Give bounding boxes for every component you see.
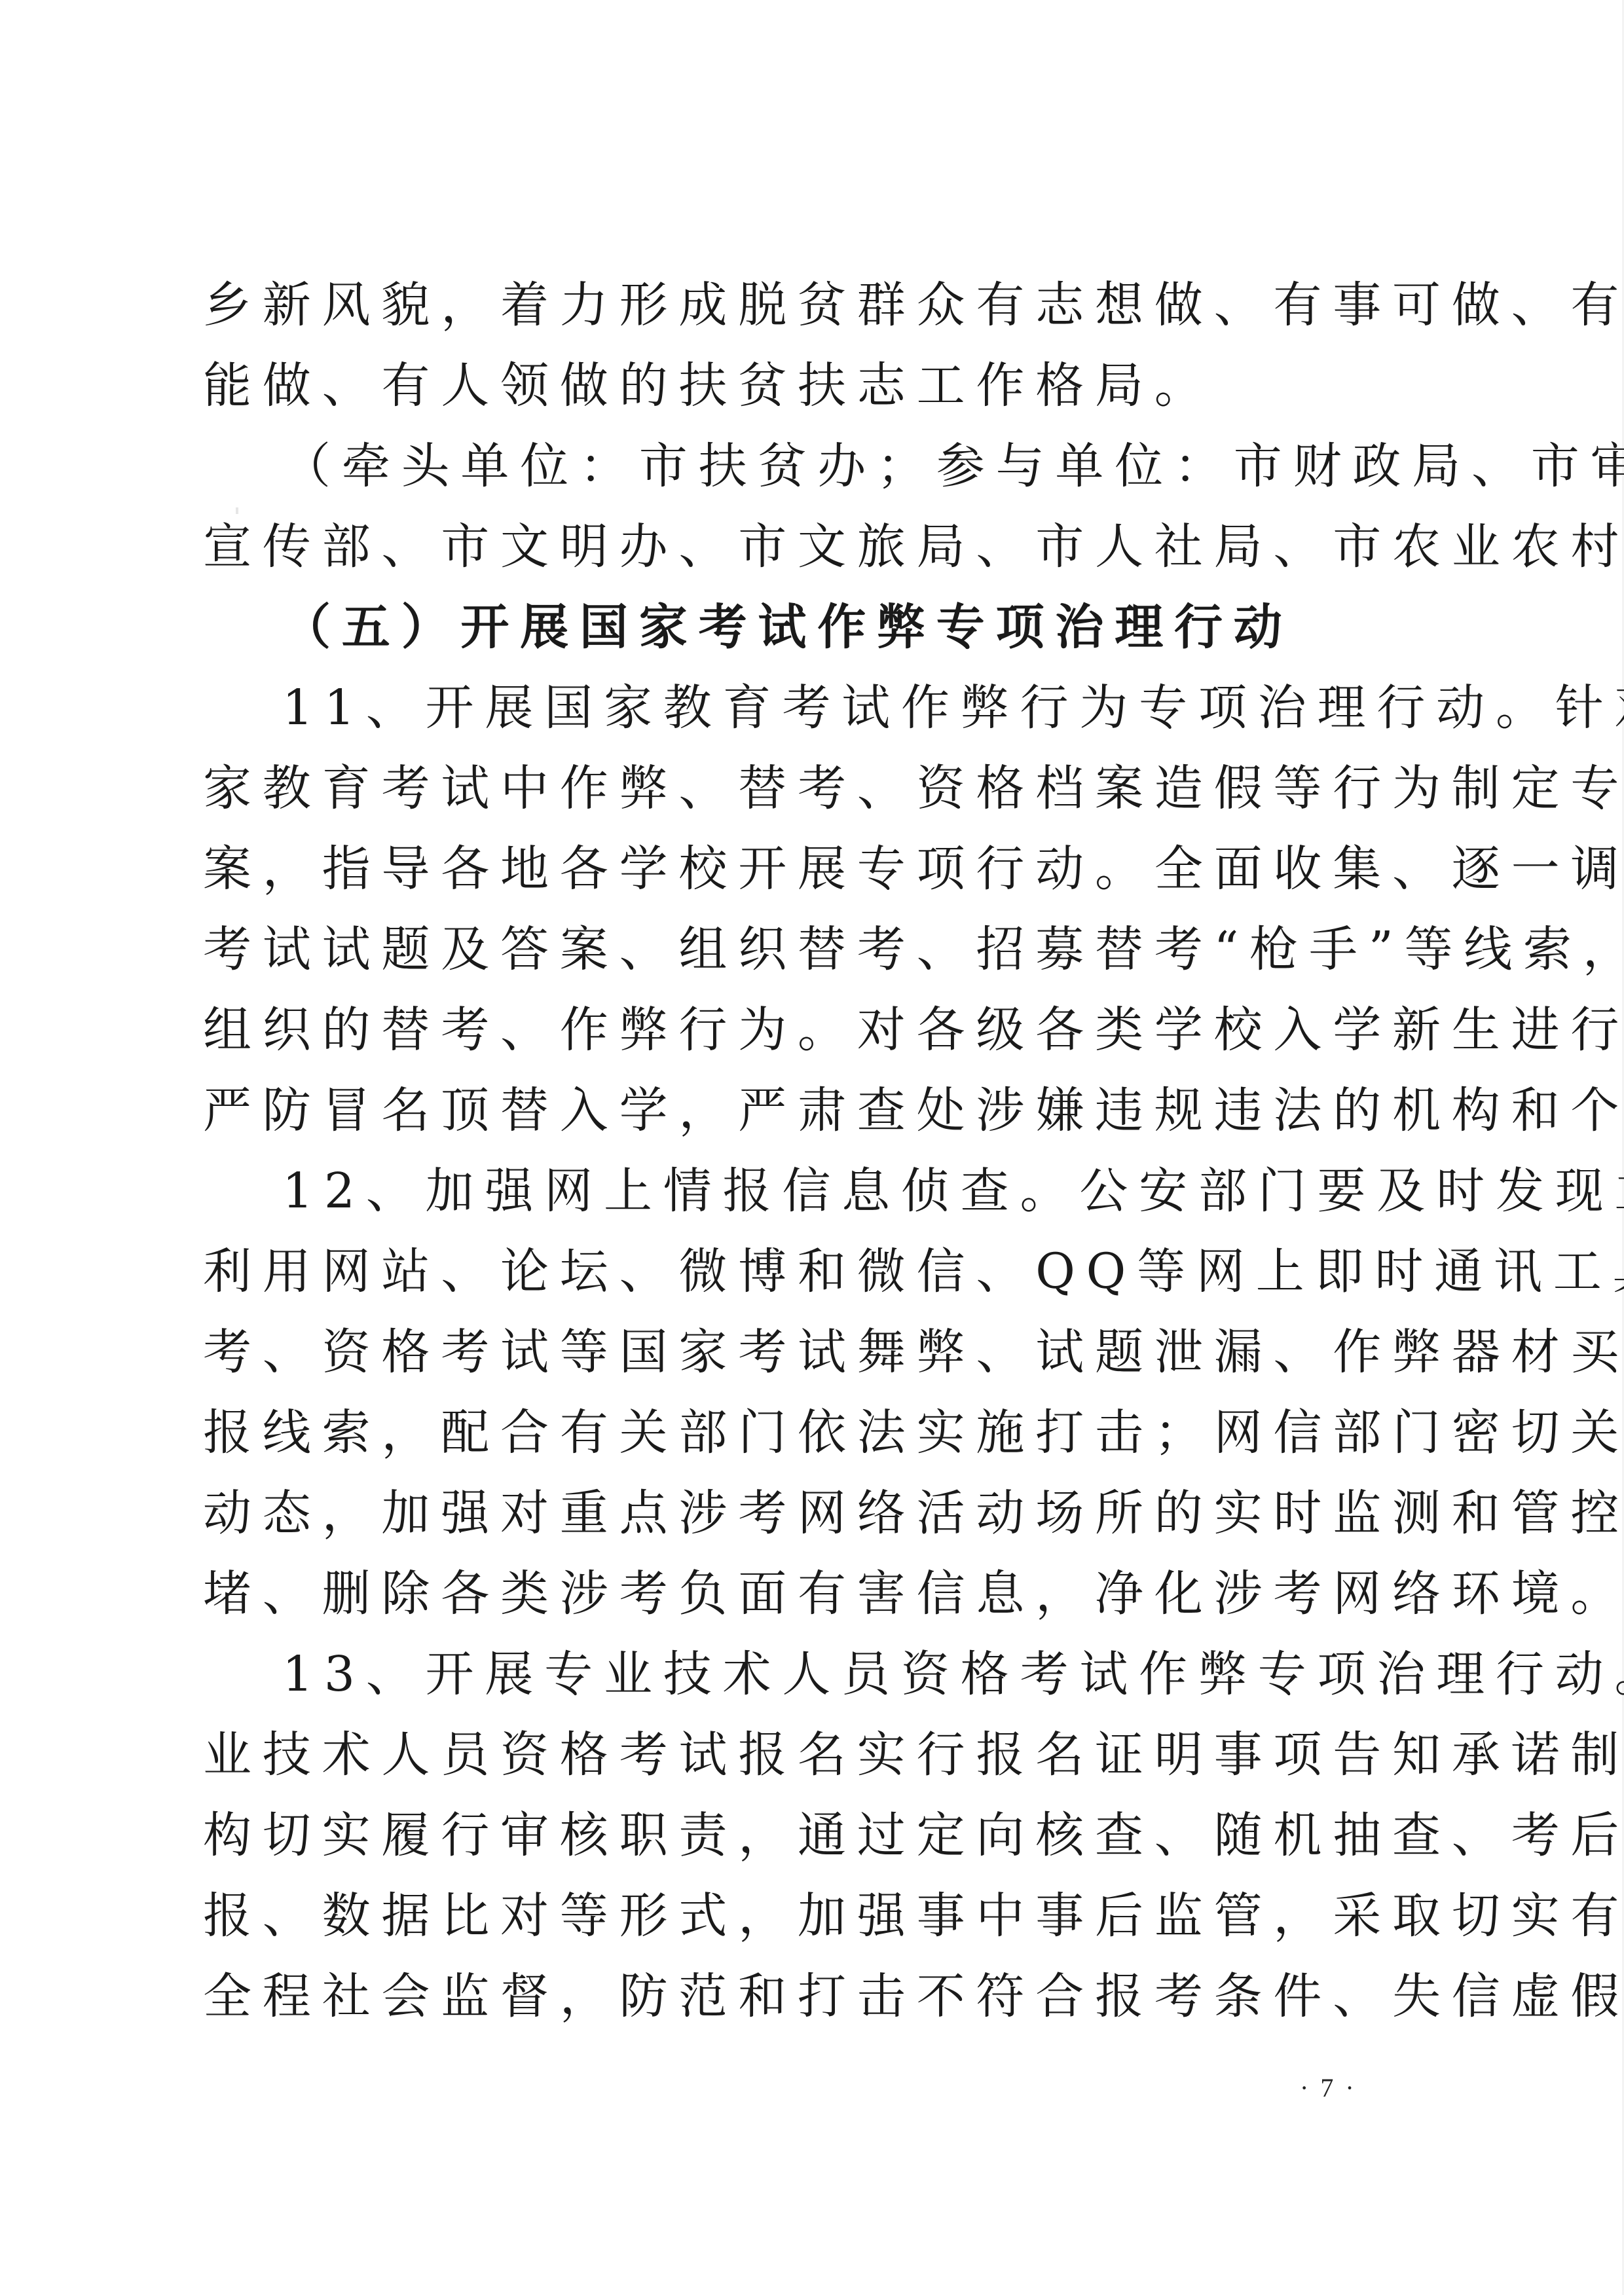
text-line: 利用网站、论坛、微博和微信、QQ等网上即时通讯工具传播涉及高 (203, 1232, 1398, 1312)
body-text: 乡新风貌，着力形成脱贫群众有志想做、有事可做、有技会做、有钱 能做、有人领做的扶… (203, 265, 1398, 2037)
text-line: 能做、有人领做的扶贫扶志工作格局。 (203, 346, 1398, 426)
text-line: 案，指导各地各学校开展专项行动。全面收集、逐一调查涉嫌兜售 (203, 829, 1398, 909)
text-line: 报、数据比对等形式，加强事中事后监管，采取切实有效措施，实施 (203, 1876, 1398, 1956)
text-line: 考试试题及答案、组织替考、招募替考“枪手”等线索，重点严打有 (203, 909, 1398, 990)
text-line: 构切实履行审核职责，通过定向核查、随机抽查、考后复审、核实举 (203, 1795, 1398, 1876)
text-line: 组织的替考、作弊行为。对各级各类学校入学新生进行资格复查， (203, 990, 1398, 1071)
document-page: 乡新风貌，着力形成脱贫群众有志想做、有事可做、有技会做、有钱 能做、有人领做的扶… (0, 0, 1624, 2295)
section-heading: （五）开展国家考试作弊专项治理行动 (203, 587, 1398, 668)
text-line: 业技术人员资格考试报名实行报名证明事项告知承诺制。考试机 (203, 1715, 1398, 1795)
text-line: 堵、删除各类涉考负面有害信息，净化涉考网络环境。 (203, 1554, 1398, 1634)
text-line: 宣传部、市文明办、市文旅局、市人社局、市农业农村局） (203, 507, 1398, 587)
text-line: 考、资格考试等国家考试舞弊、试题泄漏、作弊器材买卖等各类情 (203, 1312, 1398, 1393)
item-13-heading-line: 13、开展专业技术人员资格考试作弊专项治理行动。落实专 (203, 1634, 1398, 1715)
text-line: 家教育考试中作弊、替考、资格档案造假等行为制定专项治理方 (203, 748, 1398, 829)
text-line: 乡新风貌，着力形成脱贫群众有志想做、有事可做、有技会做、有钱 (203, 265, 1398, 346)
lead-units-line: （牵头单位：市扶贫办；参与单位：市财政局、市审计局、市委 (203, 426, 1398, 507)
item-11-heading-line: 11、开展国家教育考试作弊行为专项治理行动。针对各类国 (203, 668, 1398, 748)
text-line: 严防冒名顶替入学，严肃查处涉嫌违规违法的机构和个人。 (203, 1071, 1398, 1151)
page-number: · 7 · (1300, 2072, 1357, 2103)
text-line: 动态，加强对重点涉考网络活动场所的实时监测和管控，及时封 (203, 1473, 1398, 1554)
text-line: 全程社会监督，防范和打击不符合报考条件、失信虚假承诺或有组 (203, 1956, 1398, 2037)
text-line: 报线索，配合有关部门依法实施打击；网信部门密切关注网络舆情 (203, 1393, 1398, 1473)
item-12-heading-line: 12、加强网上情报信息侦查。公安部门要及时发现立案查处 (203, 1151, 1398, 1232)
